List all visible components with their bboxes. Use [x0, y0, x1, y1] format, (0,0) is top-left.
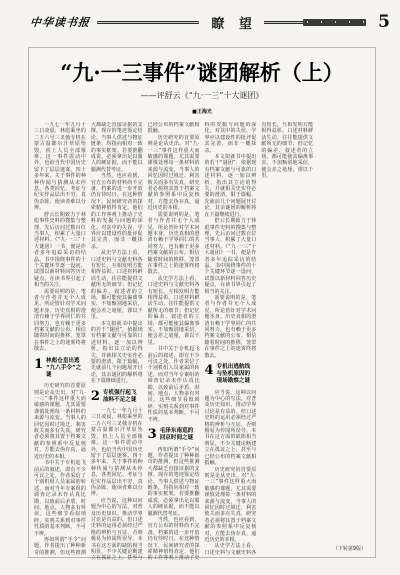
- body-paragraph: 舒云长期致力于林彪事件史料的搜集与整理，先后访问过数百位当事人，积累了大量口述材…: [204, 218, 256, 295]
- section-heading-lines: 毛泽东南巡的回京时间之谜: [160, 428, 194, 442]
- body-paragraph: 本文拟就书中提出的若干“谜团”，依据现有档案文献与可靠的口述材料，逐一加以辨析，…: [91, 321, 143, 385]
- section-heading: 1林彪仓皇出逃“九八手令”之谜: [34, 358, 86, 380]
- section-number: 2: [91, 390, 100, 403]
- body-paragraph: 应当说，这种以问题为中心的写法，对普及历史知识、推动学界讨论是有益的。但口述史料…: [204, 390, 256, 467]
- body-paragraph: 需要说明的是，笔者与作者并无个人成见，所论皆针对学术问题本身。历史真相的澄清有赖…: [204, 295, 256, 359]
- masthead: 中华读书报 瞭 望 5: [30, 13, 390, 31]
- header-rule-left: [97, 21, 199, 24]
- section-heading: 3毛泽东南巡的回京时间之谜: [148, 428, 200, 442]
- body-paragraph: 历史研究的首要原则是论从史出。对“九·一三”事件这样重大而敏感的课题，尤其需要谨…: [204, 467, 256, 544]
- body-paragraph: 一九七一年九月十三日凌晨，林彪乘坐的二五六号三叉戟专机在蒙古温都尔汗草原坠毁，机…: [91, 408, 143, 498]
- body-paragraph: 一九七一年九月十三日凌晨，林彪乘坐的二五六号三叉戟专机在蒙古温都尔汗草原坠毁，机…: [34, 122, 86, 212]
- body-paragraph: 需要说明的是，笔者与作者并无个人成见，所论皆针对学术问题本身。历史真相的澄清有赖…: [148, 212, 200, 276]
- section-heading-lines: 林彪仓皇出逃“九八手令”之谜: [46, 358, 86, 380]
- page-number: 5: [378, 14, 390, 31]
- section-number: 3: [148, 428, 157, 441]
- body-paragraph: 再如所谓“手令”问题，作者提出了种种新奇的推测，但这些推测大都缺乏直接证据的支撑…: [148, 447, 200, 517]
- section-number: 1: [34, 358, 43, 371]
- article-headline: “九·一三事件”谜团解析（上）: [34, 61, 370, 85]
- body-paragraph: 舒云长期致力于林彪事件史料的搜集与整理，先后访问过数百位当事人，积累了大量口述材…: [34, 212, 86, 289]
- body-paragraph: 书中关于专机起飞前后的叙述，即有不少可议之处。作者采信了个别机组人员家属的转述，…: [148, 346, 200, 423]
- article-subtitle: ——评舒云《“九·一三”十大谜团》: [34, 90, 370, 101]
- newspaper-logo: 中华读书报: [29, 14, 91, 30]
- article-box: “九·一三事件”谜团解析（上） ——评舒云《“九·一三”十大谜团》 ■王海光 一…: [28, 47, 376, 558]
- section-heading: 4专机出逃航线与坠机原因的现场勘察之谜: [204, 364, 256, 386]
- body-paragraph: 历史研究的首要原则是论从史出。对“九·一三”事件这样重大而敏感的课题，尤其需要谨…: [34, 383, 86, 460]
- body-paragraph: 书中关于专机起飞前后的叙述，即有不少可议之处。作者采信了个别机组人员家属的转述，…: [34, 460, 86, 537]
- section-heading-lines: 专机强行起飞油料不足之谜: [103, 390, 137, 404]
- article-byline: ■王海光: [34, 108, 370, 115]
- body-paragraph: 从史学方法上看，口述史料与文献史料各有短长，互相发明方能相得益彰。口述材料鲜活生…: [91, 250, 143, 320]
- article-columns: 一九七一年九月十三日凌晨，林彪乘坐的二五六号三叉戟专机在蒙古温都尔汗草原坠毁，机…: [34, 122, 370, 562]
- body-paragraph: 从史学方法上看，口述史料与文献史料各有短长，互相发明方能相得益彰。口述材料鲜活生…: [148, 276, 200, 346]
- continuation-note: （下转第9版）: [330, 545, 366, 552]
- body-paragraph: 需要说明的是，笔者与作者并无个人成见，所论皆针对学术问题本身。历史真相的澄清有赖…: [34, 289, 86, 353]
- body-paragraph: 当然，也应看到，官方公布的材料尚不完备，档案的进一步开放仍有待时日。在这种情况下…: [91, 173, 143, 250]
- header-rule-right: [264, 21, 366, 24]
- body-paragraph: 历史研究的首要原则是论从史出。对“九·一三”事件这样重大而敏感的课题，尤其需要谨…: [148, 135, 200, 212]
- section-heading-lines: 专机出逃航线与坠机原因的现场勘察之谜: [217, 364, 251, 386]
- section-number: 4: [204, 364, 213, 377]
- section-heading: 2专机强行起飞油料不足之谜: [91, 390, 143, 404]
- section-title: 瞭 望: [206, 13, 257, 32]
- body-paragraph: 本文拟就书中提出的若干“谜团”，依据现有档案文献与可靠的口述材料，逐一加以辨析，…: [204, 154, 256, 218]
- header-info-bar: [303, 19, 366, 26]
